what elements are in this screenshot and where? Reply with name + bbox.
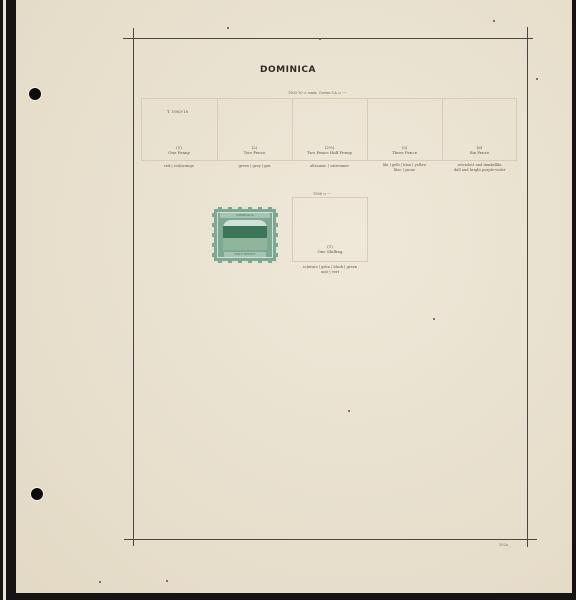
paper-speck bbox=[319, 38, 321, 40]
paper-speck bbox=[536, 78, 538, 80]
border-top-rule bbox=[123, 38, 533, 39]
space-denomination: One Penny bbox=[141, 150, 217, 155]
paper-speck bbox=[99, 581, 101, 583]
stamp-half-penny-green[interactable]: DOMINICA HALF PENNY bbox=[212, 207, 278, 263]
row-note: T. 1903-10 bbox=[167, 109, 188, 114]
page-number: 392a bbox=[499, 543, 508, 547]
space-denomination: One Shilling bbox=[292, 249, 368, 254]
border-right-rule bbox=[527, 27, 528, 547]
stamp-country-label: DOMINICA bbox=[220, 213, 270, 218]
album-page bbox=[16, 0, 572, 593]
stamp-value-label: HALF PENNY bbox=[224, 252, 266, 257]
stamp-space-2half: (2½) Two Pence Half Penny bbox=[292, 145, 367, 155]
paper-speck bbox=[348, 410, 350, 412]
border-bottom-rule bbox=[124, 539, 537, 540]
stamp-landscape-vignette bbox=[223, 220, 267, 250]
series-label-1908: 1908 ▭ --- bbox=[313, 192, 331, 196]
scan-edge bbox=[3, 0, 6, 600]
color-note: green | grey | grn bbox=[217, 164, 292, 169]
color-note: rotviolett und dunkellila dull and brigh… bbox=[442, 163, 517, 173]
color-note: ultramar. | ostrenmer bbox=[292, 164, 367, 169]
stamp-space-1d: (1) One Penny bbox=[141, 145, 217, 155]
space-denomination: Three Pence bbox=[367, 150, 442, 155]
paper-speck bbox=[227, 27, 229, 29]
punch-hole-top bbox=[29, 88, 41, 100]
stamp-space-2d: (2) Two Pence bbox=[217, 145, 292, 155]
color-note: red | red/orange bbox=[141, 164, 217, 169]
color-note: lila | gelb | blau | yellow lilac | jaun… bbox=[367, 163, 442, 173]
paper-speck bbox=[493, 20, 495, 22]
color-note: schwarz | grün | black | green noir | ve… bbox=[292, 265, 368, 275]
punch-hole-bottom bbox=[31, 488, 43, 500]
space-denomination: Six Pence bbox=[442, 150, 517, 155]
stamp-space-3d: (3) Three Pence bbox=[367, 145, 442, 155]
stamp-space-6d: (6) Six Pence bbox=[442, 145, 517, 155]
stamp-space-caption: (1) One Shilling bbox=[292, 244, 368, 254]
border-left-rule bbox=[133, 28, 134, 546]
page-title: DOMINICA bbox=[0, 65, 576, 75]
space-denomination: Two Pence bbox=[217, 150, 292, 155]
paper-speck bbox=[433, 318, 435, 320]
series-label-1903: 1903-10 ▭ wmk. Crown CA ▭ --- bbox=[288, 91, 346, 95]
space-denomination: Two Pence Half Penny bbox=[292, 150, 367, 155]
paper-speck bbox=[166, 580, 168, 582]
